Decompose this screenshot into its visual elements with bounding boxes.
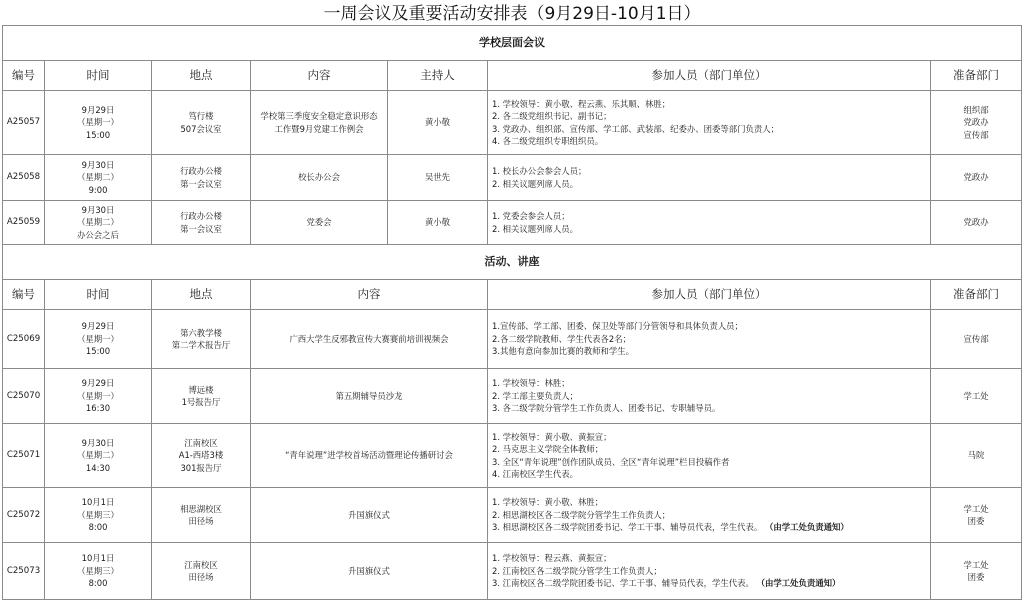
meeting-place-line: 第一会议室 — [155, 223, 247, 235]
activity-id: C25071 — [3, 424, 45, 488]
column-header-row: 编号时间地点内容主持人参加人员（部门单位）准备部门 — [3, 61, 1022, 91]
meeting-attendees: 1. 学校领导：黄小敬、程云燕、乐其顺、林胜；2. 各二级党组织书记、副书记；3… — [488, 91, 931, 155]
meeting-attendees-line: 1. 校长办公会参会人员； — [492, 165, 927, 177]
meeting-content: 党委会 — [251, 201, 388, 245]
activity-attendees-line: 2. 马克思主义学院全体教师； — [492, 443, 927, 455]
activity-attendees-line: 3. 相思湖校区各二级学院团委书记、学工干事、辅导员代表，学生代表。 （由学工处… — [492, 521, 927, 533]
meeting-host: 黄小敬 — [388, 201, 488, 245]
activity-attendees-line: 3.其他有意向参加比赛的教师和学生。 — [492, 345, 927, 357]
activity-attendees: 1. 学校领导：程云燕、黄振宣；2. 江南校区各二级学院分管学生工作负责人；3.… — [488, 543, 931, 600]
prep-dept-line: 宣传部 — [934, 129, 1018, 141]
activity-place-line: 1号报告厅 — [155, 396, 247, 408]
activity-content-line: 第五期辅导员沙龙 — [254, 390, 484, 402]
meeting-time: 9月30日（星期二）9:00 — [45, 155, 152, 201]
column-header: 地点 — [152, 61, 251, 91]
activity-attendees-line: 1. 学校领导：林胜； — [492, 377, 927, 389]
meeting-place: 行政办公楼第一会议室 — [152, 155, 251, 201]
activity-time-line: 15:00 — [48, 345, 148, 357]
prep-dept-line: 组织部 — [934, 104, 1018, 116]
activity-time: 9月30日（星期二）14:30 — [45, 424, 152, 488]
activity-place-line: 第六教学楼 — [155, 327, 247, 339]
activity-time-line: 10月1日 — [48, 552, 148, 564]
table-row: C250719月30日（星期二）14:30江南校区A1-西塔3楼301报告厅“青… — [3, 424, 1022, 488]
prep-dept-line: 党政办 — [934, 116, 1018, 128]
meeting-time-line: 9月30日 — [48, 159, 148, 171]
activity-content-line: 升国旗仪式 — [254, 509, 484, 521]
table-row: A250579月29日（星期一）15:00笃行楼507会议室学校第三季度安全稳定… — [3, 91, 1022, 155]
meeting-place: 行政办公楼第一会议室 — [152, 201, 251, 245]
activity-attendees: 1. 学校领导：黄小敬、黄振宣；2. 马克思主义学院全体教师；3. 全区“青年说… — [488, 424, 931, 488]
prep-dept: 党政办 — [931, 201, 1022, 245]
activity-place-line: 江南校区 — [155, 559, 247, 571]
meeting-attendees-line: 2. 相关议题列席人员。 — [492, 178, 927, 190]
meeting-place: 笃行楼507会议室 — [152, 91, 251, 155]
activity-time: 10月1日（星期三）8:00 — [45, 543, 152, 600]
activity-time: 9月29日（星期一）15:00 — [45, 310, 152, 369]
prep-dept-line: 马院 — [934, 449, 1018, 461]
activity-time-line: 9月30日 — [48, 437, 148, 449]
activity-attendees-line: 3. 江南校区各二级学院团委书记、学工干事、辅导员代表，学生代表。 （由学工处负… — [492, 577, 927, 589]
column-header: 时间 — [45, 61, 152, 91]
table-row: C2507210月1日（星期三）8:00相思湖校区田径场升国旗仪式1. 学校领导… — [3, 488, 1022, 543]
activity-time-line: 9月29日 — [48, 320, 148, 332]
activity-place-line: 江南校区 — [155, 437, 247, 449]
activity-place: 博远楼1号报告厅 — [152, 369, 251, 424]
prep-dept-line: 学工处 — [934, 559, 1018, 571]
activity-content: “青年说理”进学校首场活动暨理论传播研讨会 — [251, 424, 488, 488]
activity-place: 江南校区A1-西塔3楼301报告厅 — [152, 424, 251, 488]
column-header: 编号 — [3, 280, 45, 310]
section-heading-row: 活动、讲座 — [3, 245, 1022, 280]
prep-dept-line: 团委 — [934, 571, 1018, 583]
meeting-time: 9月30日（星期二）办公会之后 — [45, 201, 152, 245]
column-header: 地点 — [152, 280, 251, 310]
activity-time-line: （星期一） — [48, 333, 148, 345]
section-heading: 学校层面会议 — [3, 26, 1022, 61]
prep-dept-line: 学工处 — [934, 503, 1018, 515]
meeting-time-line: （星期二） — [48, 171, 148, 183]
meeting-attendees-line: 2. 各二级党组织书记、副书记； — [492, 110, 927, 122]
meeting-host: 吴世先 — [388, 155, 488, 201]
meeting-content: 学校第三季度安全稳定意识形态工作暨9月党建工作例会 — [251, 91, 388, 155]
activity-content-line: 广西大学生反邪教宣传大赛赛前培训视频会 — [254, 333, 484, 345]
activity-attendees-line: 2. 学工部主要负责人； — [492, 390, 927, 402]
meeting-attendees-line: 1. 党委会参会人员； — [492, 210, 927, 222]
activity-attendees-line: 2. 江南校区各二级学院分管学生工作负责人； — [492, 565, 927, 577]
prep-dept-line: 学工处 — [934, 390, 1018, 402]
activity-id: C25070 — [3, 369, 45, 424]
meeting-content-line: 工作暨9月党建工作例会 — [254, 123, 384, 135]
page-title: 一周会议及重要活动安排表（9月29日-10月1日） — [0, 0, 1024, 26]
prep-dept: 学工处团委 — [931, 543, 1022, 600]
meeting-attendees: 1. 党委会参会人员；2. 相关议题列席人员。 — [488, 201, 931, 245]
notice-note: （由学工处负责通知） — [765, 522, 849, 532]
meeting-content-line: 校长办公会 — [254, 171, 384, 183]
table-row: C2507310月1日（星期三）8:00江南校区田径场升国旗仪式1. 学校领导：… — [3, 543, 1022, 600]
meeting-time-line: 9月30日 — [48, 204, 148, 216]
meeting-place-line: 507会议室 — [155, 123, 247, 135]
prep-dept-line: 党政办 — [934, 216, 1018, 228]
meeting-content-line: 党委会 — [254, 216, 384, 228]
column-header: 内容 — [251, 61, 388, 91]
meeting-attendees-line: 4. 各二级党组织专职组织员。 — [492, 135, 927, 147]
activity-content: 第五期辅导员沙龙 — [251, 369, 488, 424]
activity-attendees-line: 1. 学校领导：黄小敬、林胜； — [492, 496, 927, 508]
column-header: 准备部门 — [931, 280, 1022, 310]
section-heading: 活动、讲座 — [3, 245, 1022, 280]
meeting-attendees-line: 2. 相关议题列席人员。 — [492, 223, 927, 235]
column-header: 内容 — [251, 280, 488, 310]
prep-dept-line: 宣传部 — [934, 333, 1018, 345]
prep-dept: 宣传部 — [931, 310, 1022, 369]
meeting-time: 9月29日（星期一）15:00 — [45, 91, 152, 155]
prep-dept: 组织部党政办宣传部 — [931, 91, 1022, 155]
activity-content: 升国旗仪式 — [251, 543, 488, 600]
activity-id: C25072 — [3, 488, 45, 543]
table-row: C250709月29日（星期一）16:30博远楼1号报告厅第五期辅导员沙龙1. … — [3, 369, 1022, 424]
activity-place-line: 301报告厅 — [155, 462, 247, 474]
meeting-content: 校长办公会 — [251, 155, 388, 201]
meeting-time-line: 办公会之后 — [48, 229, 148, 241]
meeting-place-line: 行政办公楼 — [155, 165, 247, 177]
table-row: A250589月30日（星期二）9:00行政办公楼第一会议室校长办公会吴世先1.… — [3, 155, 1022, 201]
activity-content: 升国旗仪式 — [251, 488, 488, 543]
activity-attendees-line: 2. 相思湖校区各二级学院分管学生工作负责人； — [492, 509, 927, 521]
meeting-place-line: 笃行楼 — [155, 110, 247, 122]
prep-dept-line: 团委 — [934, 515, 1018, 527]
activity-place-line: 博远楼 — [155, 384, 247, 396]
column-header: 时间 — [45, 280, 152, 310]
prep-dept: 马院 — [931, 424, 1022, 488]
meeting-attendees-line: 1. 学校领导：黄小敬、程云燕、乐其顺、林胜； — [492, 98, 927, 110]
meeting-time-line: 9:00 — [48, 184, 148, 196]
column-header: 准备部门 — [931, 61, 1022, 91]
activity-attendees-line: 2.各二级学院教师、学生代表各2名； — [492, 333, 927, 345]
activity-time-line: 8:00 — [48, 577, 148, 589]
activity-place: 相思湖校区田径场 — [152, 488, 251, 543]
prep-dept: 学工处团委 — [931, 488, 1022, 543]
activity-time-line: 16:30 — [48, 402, 148, 414]
meeting-attendees-line: 3. 党政办、组织部、宣传部、学工部、武装部、纪委办、团委等部门负责人； — [492, 123, 927, 135]
notice-note: （由学工处负责通知） — [757, 578, 841, 588]
column-header: 参加人员（部门单位） — [488, 61, 931, 91]
meeting-id: A25057 — [3, 91, 45, 155]
activity-place: 第六教学楼第二学术报告厅 — [152, 310, 251, 369]
column-header: 编号 — [3, 61, 45, 91]
activity-time-line: 14:30 — [48, 462, 148, 474]
activity-time-line: 8:00 — [48, 521, 148, 533]
meeting-place-line: 行政办公楼 — [155, 210, 247, 222]
meeting-attendees: 1. 校长办公会参会人员；2. 相关议题列席人员。 — [488, 155, 931, 201]
meeting-content-line: 学校第三季度安全稳定意识形态 — [254, 110, 384, 122]
activity-attendees-line: 1.宣传部、学工部、团委、保卫处等部门分管领导和具体负责人员； — [492, 320, 927, 332]
prep-dept: 党政办 — [931, 155, 1022, 201]
column-header-row: 编号时间地点内容参加人员（部门单位）准备部门 — [3, 280, 1022, 310]
meeting-place-line: 第一会议室 — [155, 178, 247, 190]
activity-attendees-line: 4. 江南校区学生代表。 — [492, 468, 927, 480]
activity-attendees-line: 1. 学校领导：黄小敬、黄振宣； — [492, 431, 927, 443]
activity-time: 9月29日（星期一）16:30 — [45, 369, 152, 424]
activity-time-line: （星期三） — [48, 565, 148, 577]
activity-time-line: 10月1日 — [48, 496, 148, 508]
column-header: 参加人员（部门单位） — [488, 280, 931, 310]
activity-place-line: 相思湖校区 — [155, 503, 247, 515]
activity-content: 广西大学生反邪教宣传大赛赛前培训视频会 — [251, 310, 488, 369]
schedule-table: 学校层面会议编号时间地点内容主持人参加人员（部门单位）准备部门A250579月2… — [2, 25, 1022, 600]
activity-content-line: 升国旗仪式 — [254, 565, 484, 577]
activity-place: 江南校区田径场 — [152, 543, 251, 600]
activity-time-line: （星期三） — [48, 509, 148, 521]
activity-place-line: 田径场 — [155, 515, 247, 527]
meeting-id: A25059 — [3, 201, 45, 245]
activity-place-line: A1-西塔3楼 — [155, 449, 247, 461]
meeting-time-line: （星期二） — [48, 216, 148, 228]
table-row: A250599月30日（星期二）办公会之后行政办公楼第一会议室党委会黄小敬1. … — [3, 201, 1022, 245]
activity-attendees-line: 3. 全区“青年说理”创作团队成员、全区“青年说理”栏目投稿作者 — [492, 456, 927, 468]
meeting-host: 黄小敬 — [388, 91, 488, 155]
activity-attendees-line: 1. 学校领导：程云燕、黄振宣； — [492, 552, 927, 564]
section-heading-row: 学校层面会议 — [3, 26, 1022, 61]
prep-dept: 学工处 — [931, 369, 1022, 424]
activity-time: 10月1日（星期三）8:00 — [45, 488, 152, 543]
activity-content-line: “青年说理”进学校首场活动暨理论传播研讨会 — [254, 449, 484, 461]
activity-attendees-text: 3. 江南校区各二级学院团委书记、学工干事、辅导员代表，学生代表。 — [492, 578, 754, 588]
activity-attendees-line: 3. 各二级学院分管学生工作负责人、团委书记、专职辅导员。 — [492, 402, 927, 414]
activity-attendees: 1. 学校领导：黄小敬、林胜；2. 相思湖校区各二级学院分管学生工作负责人；3.… — [488, 488, 931, 543]
activity-id: C25069 — [3, 310, 45, 369]
meeting-id: A25058 — [3, 155, 45, 201]
activity-attendees: 1.宣传部、学工部、团委、保卫处等部门分管领导和具体负责人员；2.各二级学院教师… — [488, 310, 931, 369]
activity-attendees: 1. 学校领导：林胜；2. 学工部主要负责人；3. 各二级学院分管学生工作负责人… — [488, 369, 931, 424]
activity-time-line: 9月29日 — [48, 377, 148, 389]
activity-place-line: 第二学术报告厅 — [155, 339, 247, 351]
column-header: 主持人 — [388, 61, 488, 91]
meeting-time-line: 9月29日 — [48, 104, 148, 116]
activity-place-line: 田径场 — [155, 571, 247, 583]
meeting-time-line: 15:00 — [48, 129, 148, 141]
table-row: C250699月29日（星期一）15:00第六教学楼第二学术报告厅广西大学生反邪… — [3, 310, 1022, 369]
prep-dept-line: 党政办 — [934, 171, 1018, 183]
activity-id: C25073 — [3, 543, 45, 600]
activity-time-line: （星期二） — [48, 449, 148, 461]
meeting-time-line: （星期一） — [48, 116, 148, 128]
activity-time-line: （星期一） — [48, 390, 148, 402]
activity-attendees-text: 3. 相思湖校区各二级学院团委书记、学工干事、辅导员代表，学生代表。 — [492, 522, 762, 532]
